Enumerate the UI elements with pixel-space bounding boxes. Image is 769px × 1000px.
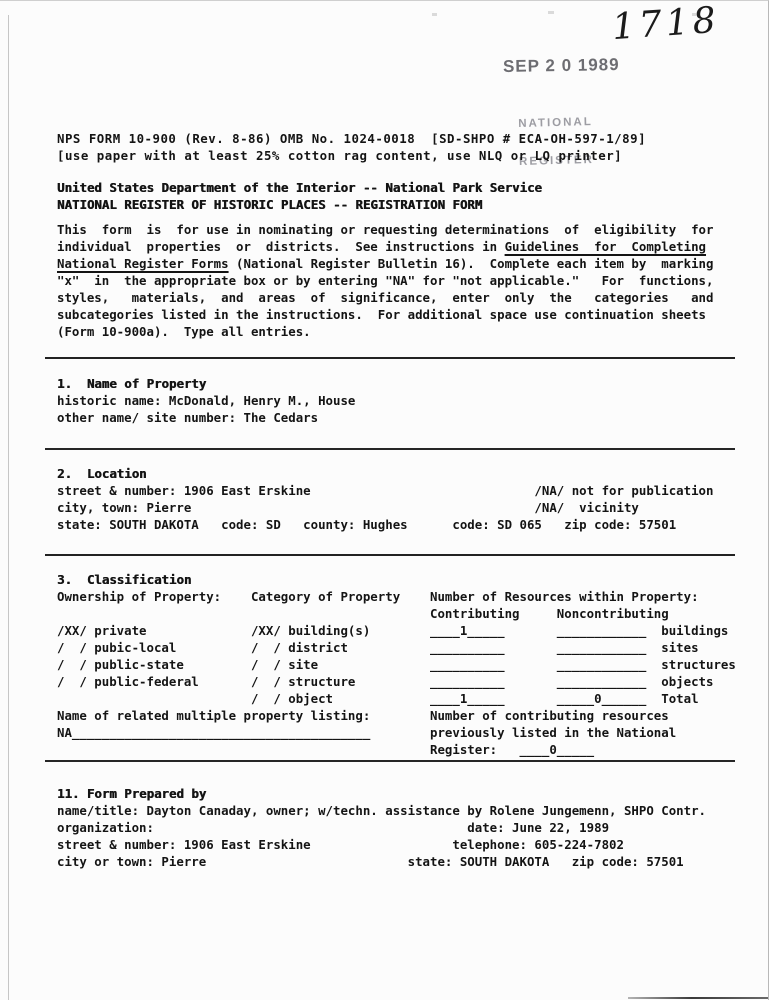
ownership-public-federal-row: / / public-federal / / structure _______… (57, 673, 736, 690)
related-listing-label-row: Name of related multiple property listin… (57, 707, 736, 724)
ownership-public-local-row: / / pubic-local / / district __________ … (57, 639, 736, 656)
instructions-line: (Form 10-900a). Type all entries. (57, 323, 713, 340)
register-count-row: Register: ____0_____ (57, 741, 736, 758)
section-divider (45, 357, 735, 359)
related-listing-na-row: NA______________________________________… (57, 724, 736, 741)
section3-heading: 3. Classification (57, 571, 736, 588)
scanned-form-page: 1718 SEP 2 0 1989 NATIONAL REGISTER NPS … (0, 0, 769, 1000)
agency-title-line: United States Department of the Interior… (57, 179, 542, 196)
form-header: NPS FORM 10-900 (Rev. 8-86) OMB No. 1024… (57, 130, 646, 164)
handwritten-number: 1718 (611, 0, 734, 48)
instructions-text: individual properties or districts. See … (57, 239, 505, 254)
classification-column-headers: Ownership of Property: Category of Prope… (57, 588, 736, 605)
section11-heading: 11. Form Prepared by (57, 785, 706, 802)
ownership-private-row: /XX/ private /XX/ building(s) ____1_____… (57, 622, 736, 639)
scan-edge-line (8, 15, 9, 1000)
state-county-zip-line: state: SOUTH DAKOTA code: SD county: Hug… (57, 516, 713, 533)
section-divider (45, 448, 735, 450)
section-divider (45, 760, 735, 762)
contributing-noncontributing-headers: Contributing Noncontributing (57, 605, 736, 622)
preparer-street-telephone-line: street & number: 1906 East Erskine telep… (57, 836, 706, 853)
instructions-line: "x" in the appropriate box or by enterin… (57, 272, 713, 289)
preparer-city-state-zip-line: city or town: Pierre state: SOUTH DAKOTA… (57, 853, 706, 870)
section-name-of-property: 1. Name of Property historic name: McDon… (57, 375, 355, 426)
category-object-total-row: / / object ____1_____ _____0______ Total (57, 690, 736, 707)
section2-heading: 2. Location (57, 465, 713, 482)
instructions-line: National Register Forms (National Regist… (57, 255, 713, 272)
historic-name-line: historic name: McDonald, Henry M., House (57, 392, 355, 409)
instructions-text: (National Register Bulletin 16). Complet… (229, 256, 714, 271)
instructions-line: styles, materials, and areas of signific… (57, 289, 713, 306)
section-divider (45, 554, 735, 556)
scan-artifact (548, 11, 554, 14)
received-date-stamp: SEP 2 0 1989 (503, 55, 620, 77)
guidelines-reference-underlined: Guidelines for Completing (505, 239, 706, 254)
section-form-prepared-by: 11. Form Prepared by name/title: Dayton … (57, 785, 706, 870)
other-name-line: other name/ site number: The Cedars (57, 409, 355, 426)
instructions-line: individual properties or districts. See … (57, 238, 713, 255)
instructions-line: subcategories listed in the instructions… (57, 306, 713, 323)
instructions-paragraph: This form is for use in nominating or re… (57, 221, 713, 340)
guidelines-reference-underlined: National Register Forms (57, 256, 229, 271)
street-number-line: street & number: 1906 East Erskine /NA/ … (57, 482, 713, 499)
ownership-public-state-row: / / public-state / / site __________ ___… (57, 656, 736, 673)
form-number-line: NPS FORM 10-900 (Rev. 8-86) OMB No. 1024… (57, 130, 646, 147)
city-town-line: city, town: Pierre /NA/ vicinity (57, 499, 713, 516)
section1-heading: 1. Name of Property (57, 375, 355, 392)
scan-bottom-mark (628, 997, 769, 999)
national-register-stamp-line1: NATIONAL (515, 116, 595, 131)
form-name-line: NATIONAL REGISTER OF HISTORIC PLACES -- … (57, 196, 542, 213)
preparer-name-title-line: name/title: Dayton Canaday, owner; w/tec… (57, 802, 706, 819)
paper-instruction-line: [use paper with at least 25% cotton rag … (57, 147, 646, 164)
section-location: 2. Location street & number: 1906 East E… (57, 465, 713, 533)
organization-date-line: organization: date: June 22, 1989 (57, 819, 706, 836)
form-title: United States Department of the Interior… (57, 179, 542, 213)
section-classification: 3. Classification Ownership of Property:… (57, 571, 736, 758)
scan-artifact (432, 13, 437, 16)
instructions-line: This form is for use in nominating or re… (57, 221, 713, 238)
